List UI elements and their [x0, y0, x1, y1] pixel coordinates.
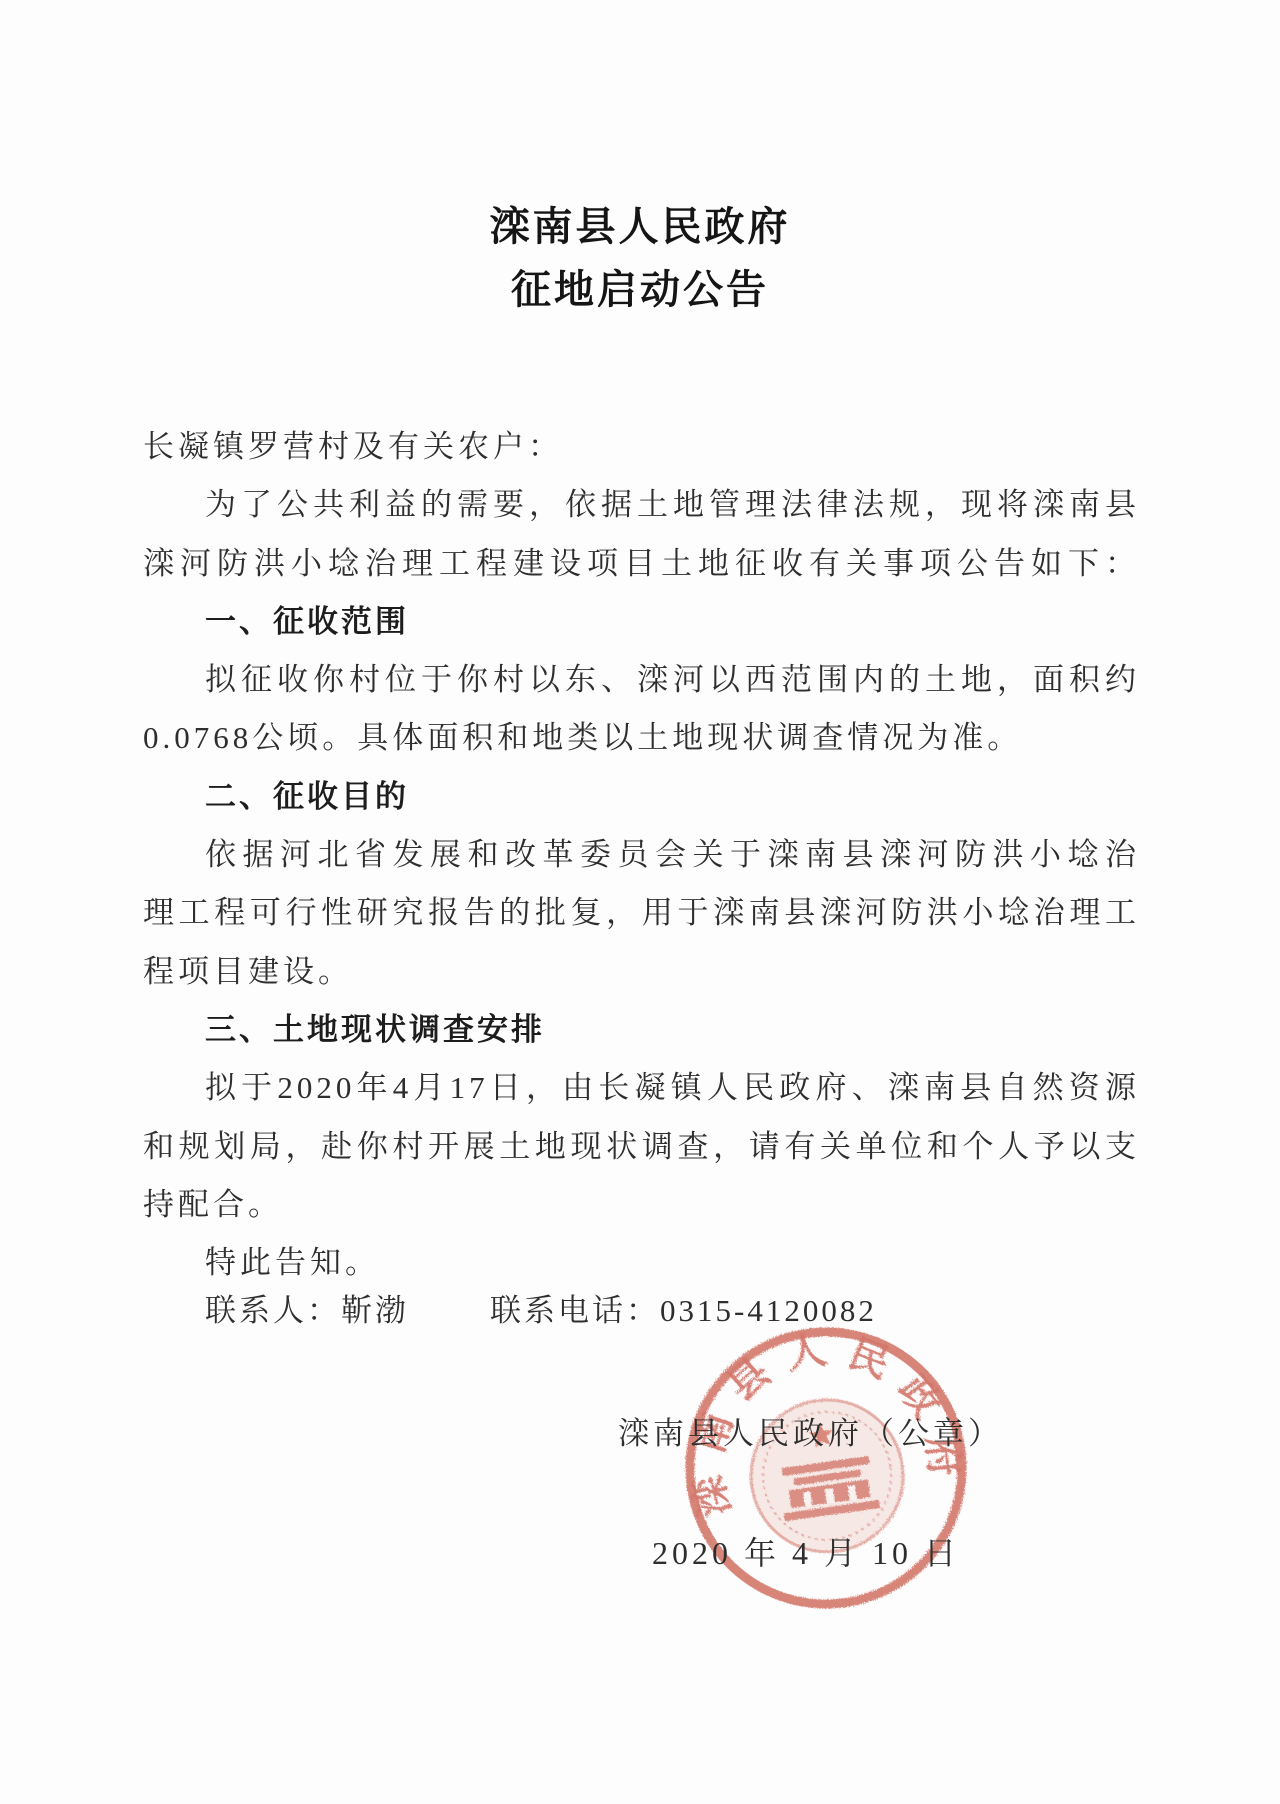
- document-date: 2020 年 4 月 10 日: [652, 1528, 960, 1574]
- body-line: 和规划局，赴你村开展土地现状调查，请有关单位和个人予以支: [143, 1118, 1140, 1176]
- document-title-line2: 征地启动公告: [0, 266, 1280, 314]
- body-line: 依据河北省发展和改革委员会关于滦南县滦河防洪小埝治: [143, 826, 1140, 884]
- contact-person: 联系人：靳渤: [205, 1281, 409, 1341]
- body-line: 理工程可行性研究报告的批复，用于滦南县滦河防洪小埝治理工: [143, 884, 1140, 942]
- document-page: 滦南县人民政府 征地启动公告 长凝镇罗营村及有关农户： 为了公共利益的需要，依据…: [0, 0, 1280, 1804]
- salutation-line: 长凝镇罗营村及有关农户：: [143, 418, 1140, 476]
- document-body: 长凝镇罗营村及有关农户： 为了公共利益的需要，依据土地管理法律法规，现将滦南县 …: [143, 418, 1140, 1292]
- body-line: 拟征收你村位于你村以东、滦河以西范围内的土地，面积约: [143, 651, 1140, 709]
- section-heading-2: 二、征收目的: [143, 768, 1140, 826]
- body-line: 程项目建设。: [143, 943, 1140, 1001]
- document-title-line1: 滦南县人民政府: [0, 203, 1280, 251]
- body-line: 0.0768公顷。具体面积和地类以土地现状调查情况为准。: [143, 709, 1140, 767]
- body-line: 滦河防洪小埝治理工程建设项目土地征收有关事项公告如下：: [143, 535, 1140, 593]
- section-heading-3: 三、土地现状调查安排: [143, 1001, 1140, 1059]
- contact-row: 联系人：靳渤 联系电话：0315-4120082: [143, 1281, 1140, 1341]
- contact-person-name: 靳渤: [341, 1293, 409, 1328]
- contact-phone-label: 联系电话：: [490, 1293, 660, 1328]
- contact-person-label: 联系人：: [205, 1293, 341, 1328]
- body-line: 持配合。: [143, 1176, 1140, 1234]
- body-line: 为了公共利益的需要，依据土地管理法律法规，现将滦南县: [143, 476, 1140, 534]
- issuer-signature: 滦南县人民政府（公章）: [618, 1408, 1003, 1453]
- section-heading-1: 一、征收范围: [143, 593, 1140, 651]
- body-line: 拟于2020年4月17日，由长凝镇人民政府、滦南县自然资源: [143, 1059, 1140, 1117]
